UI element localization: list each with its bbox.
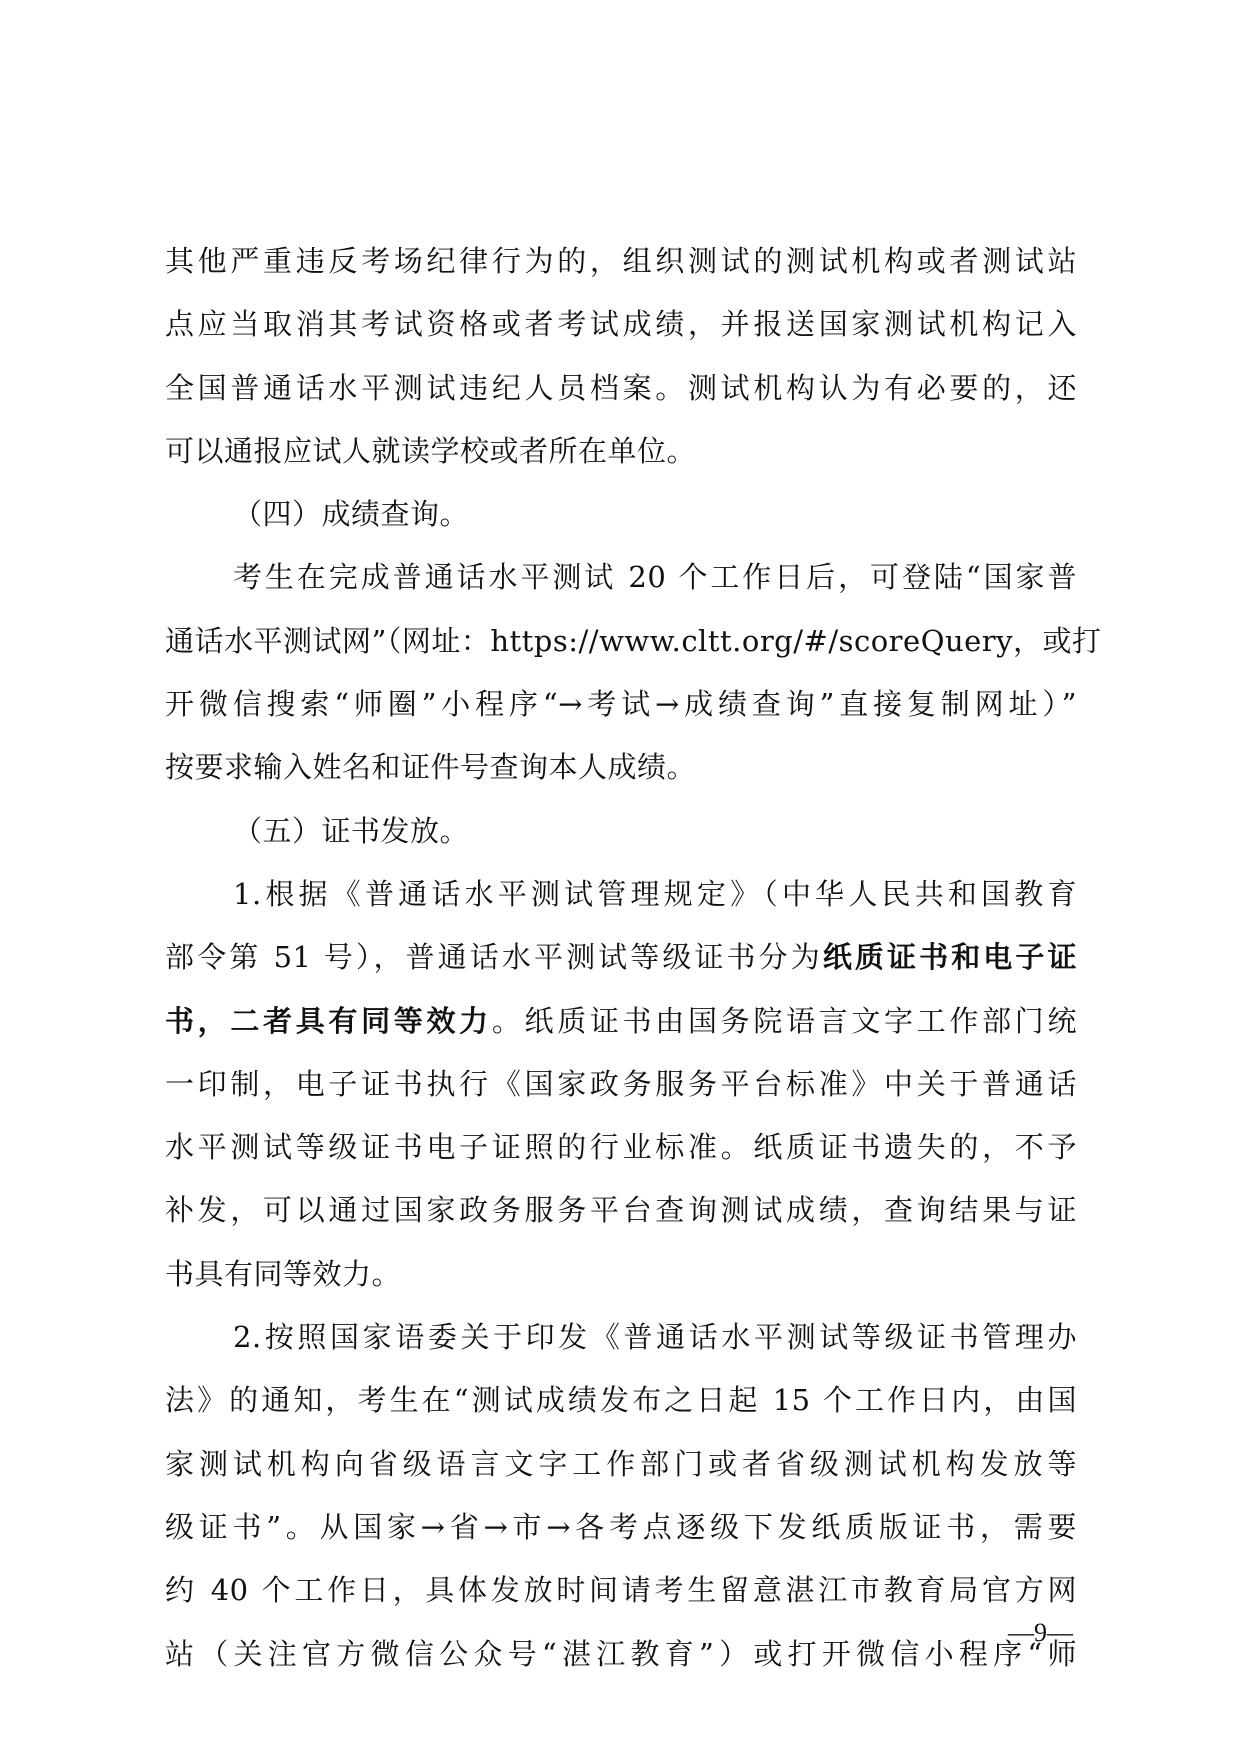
paragraph-line: 书具有同等效力。 [165, 1243, 1077, 1306]
bold-emphasis: 书，二者具有同等效力 [165, 1004, 492, 1038]
paragraph-line: 开微信搜索“师圈”小程序“→考试→成绩查询”直接复制网址）” [165, 673, 1077, 736]
paragraph-line: 一印制，电子证书执行《国家政务服务平台标准》中关于普通话 [165, 1053, 1077, 1116]
paragraph-line-mixed: 书，二者具有同等效力。纸质证书由国务院语言文字工作部门统 [165, 990, 1077, 1053]
paragraph-line: 全国普通话水平测试违纪人员档案。测试机构认为有必要的，还 [165, 357, 1077, 420]
paragraph-line: 法》的通知，考生在“测试成绩发布之日起 15 个工作日内，由国 [165, 1369, 1077, 1432]
paragraph-line-with-url: 通话水平测试网”（网址：https://www.cltt.org/#/score… [165, 610, 1077, 673]
paragraph-line: 2.按照国家语委关于印发《普通话水平测试等级证书管理办 [165, 1306, 1077, 1369]
paragraph-line: 按要求输入姓名和证件号查询本人成绩。 [165, 736, 1077, 799]
document-body: 其他严重违反考场纪律行为的，组织测试的测试机构或者测试站 点应当取消其考试资格或… [165, 230, 1077, 1686]
plain-text: 部令第 51 号），普通话水平测试等级证书分为 [165, 940, 823, 974]
paragraph-line: 级证书”。从国家→省→市→各考点逐级下发纸质版证书，需要 [165, 1496, 1077, 1559]
paragraph-line: 其他严重违反考场纪律行为的，组织测试的测试机构或者测试站 [165, 230, 1077, 293]
bold-emphasis: 纸质证书和电子证 [823, 940, 1077, 974]
section-heading-certificate: （五）证书发放。 [165, 800, 1077, 863]
paragraph-line-mixed: 部令第 51 号），普通话水平测试等级证书分为纸质证书和电子证 [165, 926, 1077, 989]
paragraph-line: 可以通报应试人就读学校或者所在单位。 [165, 420, 1077, 483]
plain-text: 。纸质证书由国务院语言文字工作部门统 [492, 1004, 1077, 1038]
paragraph-line: 站（关注官方微信公众号“湛江教育”）或打开微信小程序“师 [165, 1623, 1077, 1686]
paragraph-line: 补发，可以通过国家政务服务平台查询测试成绩，查询结果与证 [165, 1179, 1077, 1242]
paragraph-line: 考生在完成普通话水平测试 20 个工作日后，可登陆“国家普 [165, 546, 1077, 609]
document-page: 其他严重违反考场纪律行为的，组织测试的测试机构或者测试站 点应当取消其考试资格或… [0, 0, 1240, 1754]
paragraph-line: 约 40 个工作日，具体发放时间请考生留意湛江市教育局官方网 [165, 1559, 1077, 1622]
paragraph-line: 点应当取消其考试资格或者考试成绩，并报送国家测试机构记入 [165, 293, 1077, 356]
page-number: —9— [1008, 1618, 1073, 1648]
paragraph-line: 家测试机构向省级语言文字工作部门或者省级测试机构发放等 [165, 1433, 1077, 1496]
paragraph-line: 水平测试等级证书电子证照的行业标准。纸质证书遗失的，不予 [165, 1116, 1077, 1179]
paragraph-line: 1.根据《普通话水平测试管理规定》（中华人民共和国教育 [165, 863, 1077, 926]
section-heading-score-query: （四）成绩查询。 [165, 483, 1077, 546]
